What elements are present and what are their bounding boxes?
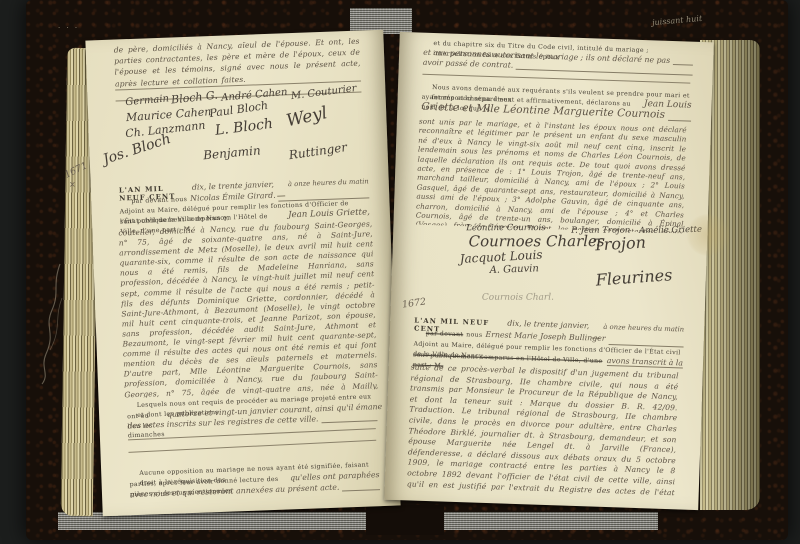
code-civil-hand-2: avoir passé de contrat.: [423, 58, 514, 70]
signature: Weyl: [285, 103, 329, 131]
signature: Benjamin: [203, 143, 261, 162]
act2-struck-printed: par devant: [426, 329, 464, 340]
signature: Bloch G.: [170, 89, 218, 107]
margin-pencil-squiggle: [34, 258, 68, 388]
act-officer-name: Nicolas Émile Girard.: [190, 191, 276, 203]
act-date-handwritten: dix, le trente janvier,: [192, 180, 274, 192]
marriage-body-handwritten: sont unis par le mariage, et à l'instant…: [415, 117, 686, 234]
ruled-line: [128, 439, 376, 453]
act-hour-handwritten: à onze heures du matin: [288, 177, 369, 188]
ruled-fill: [668, 118, 691, 122]
act2-hour-handwritten: à onze heures du matin: [603, 323, 684, 334]
signature: Ruttinger: [288, 140, 348, 162]
divorce-transcription-handwritten: suite de ce procès-verbal le dispositif …: [407, 362, 679, 499]
paper-stain: [686, 214, 730, 256]
ruled-line: [422, 73, 690, 84]
ruled-fill: [342, 487, 380, 491]
corner-mark: · · ·: [58, 24, 79, 32]
ruled-fill: [673, 62, 693, 66]
ruled-fill: [516, 67, 693, 76]
signature: Fleurines: [595, 265, 673, 289]
right-page: et du chapitre six du Titre du Code civi…: [384, 32, 713, 510]
act2-printed-nous: nous: [466, 330, 483, 340]
groom-name-handwritten: Jean Louis Griette,: [288, 207, 370, 220]
archival-photo-background: de père, domiciliés à Nancy, aïeul de l'…: [0, 0, 800, 544]
act-body-handwritten: coutelier, domicilié à Nancy, rue du fau…: [118, 219, 378, 398]
signature: A. Gauvin: [489, 263, 539, 276]
signature-faint: Cournois Charl.: [482, 293, 554, 303]
signature: M. Couturier: [290, 83, 357, 102]
left-page: de père, domiciliés à Nancy, aïeul de l'…: [85, 30, 400, 517]
signature: Trojon: [593, 233, 647, 255]
signature: L. Bloch: [214, 116, 274, 139]
act2-hand-insert: avons transcrit à la: [607, 356, 684, 369]
act-number-paraph: ×: [69, 180, 76, 189]
act2-date-handwritten: dix, le trente janvier,: [507, 319, 589, 331]
signature: Germain: [125, 93, 170, 108]
opposition-hand: qu'elles ont paraphées: [290, 470, 380, 482]
binding-cloth-bottom: [58, 512, 658, 530]
spine-bottom-shadow: [366, 505, 444, 535]
